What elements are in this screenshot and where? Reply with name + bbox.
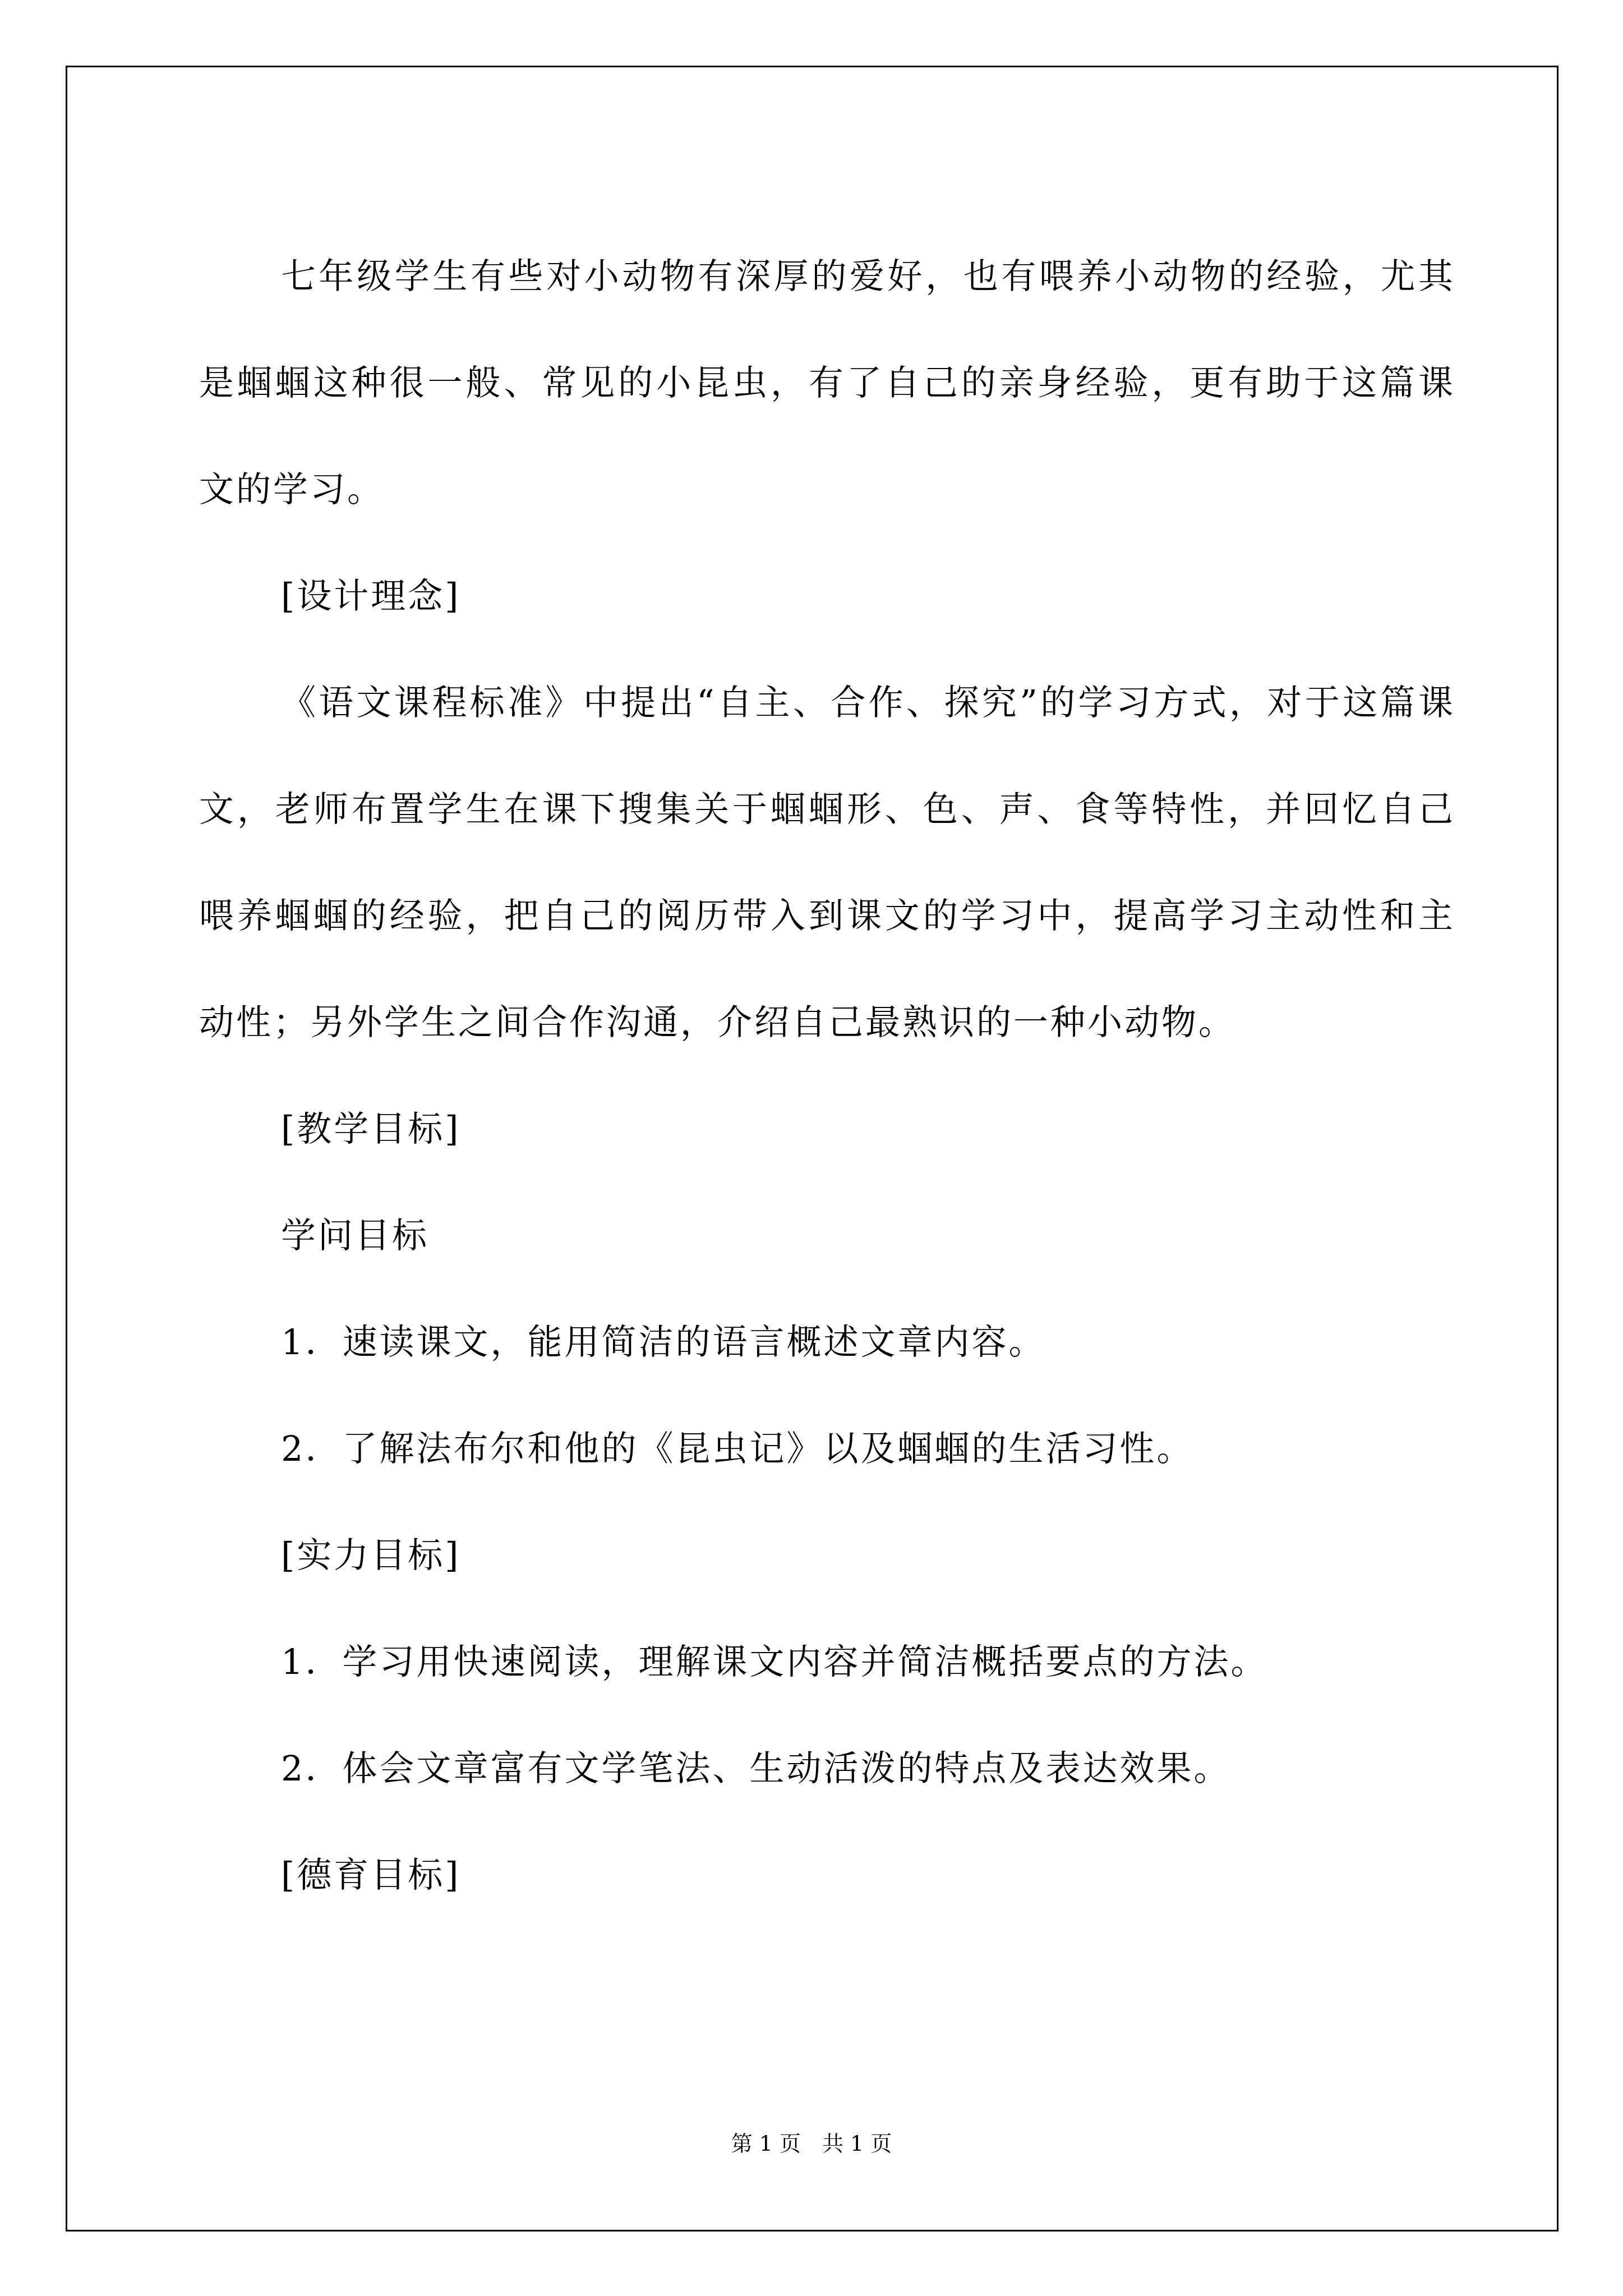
ability-goal-1: 1．学习用快速阅读，理解课文内容并简洁概括要点的方法。 — [199, 1609, 1455, 1715]
document-body: 七年级学生有些对小动物有深厚的爱好，也有喂养小动物的经验，尤其是蝈蝈这种很一般、… — [199, 223, 1455, 1929]
heading-design-concept: [设计理念] — [199, 543, 1455, 650]
paragraph-design-concept: 《语文课程标准》中提出“自主、合作、探究”的学习方式，对于这篇课文，老师布置学生… — [199, 650, 1455, 1076]
knowledge-goal-1: 1．速读课文，能用简洁的语言概述文章内容。 — [199, 1289, 1455, 1396]
heading-moral-goals: [德育目标] — [199, 1822, 1455, 1929]
ability-goal-2: 2．体会文章富有文学笔法、生动活泼的特点及表达效果。 — [199, 1715, 1455, 1822]
knowledge-goal-2: 2．了解法布尔和他的《昆虫记》以及蝈蝈的生活习性。 — [199, 1396, 1455, 1502]
heading-ability-goals: [实力目标] — [199, 1502, 1455, 1609]
page-footer: 第 1 页 共 1 页 — [0, 2126, 1623, 2157]
paragraph-intro: 七年级学生有些对小动物有深厚的爱好，也有喂养小动物的经验，尤其是蝈蝈这种很一般、… — [199, 223, 1455, 543]
heading-teaching-goals: [教学目标] — [199, 1076, 1455, 1182]
subheading-knowledge-goals: 学问目标 — [199, 1182, 1455, 1289]
